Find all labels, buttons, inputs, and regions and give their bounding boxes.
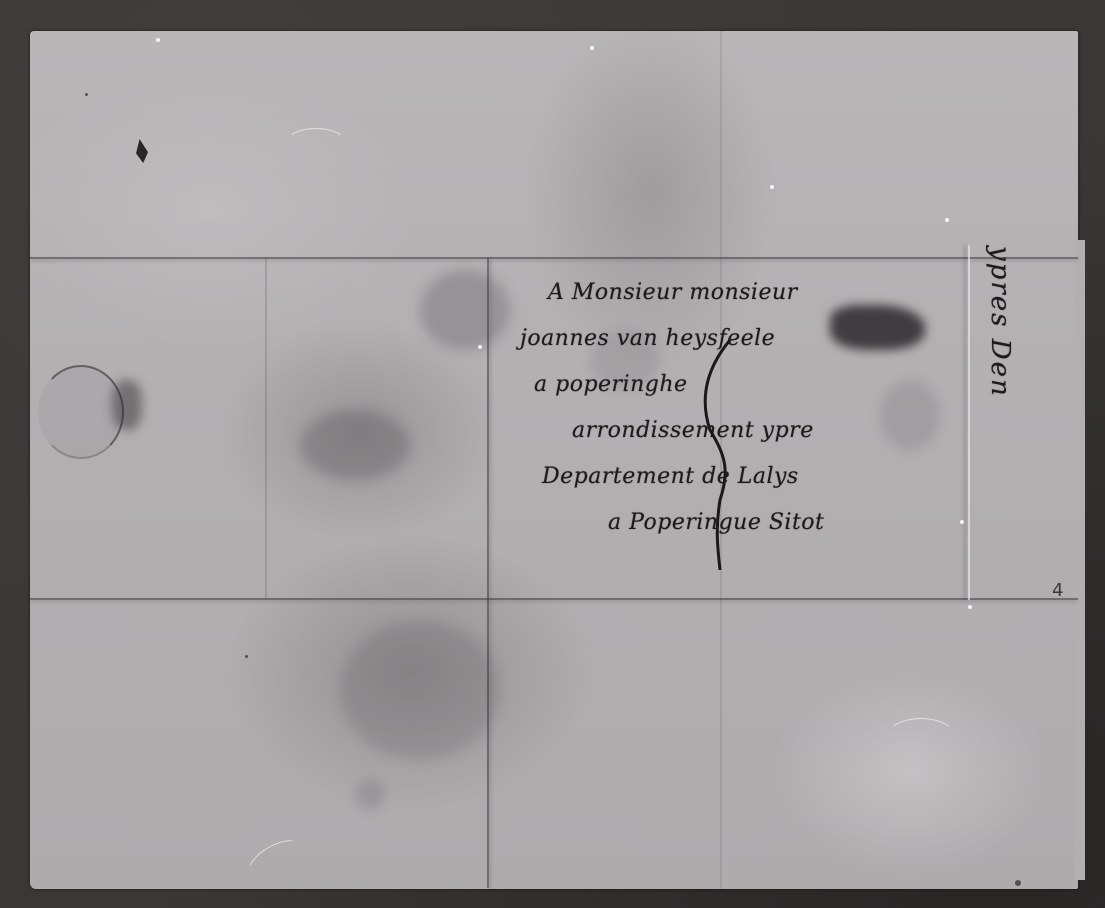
address-line: a poperinghe [520, 362, 960, 408]
fold-line [968, 245, 970, 600]
fold-line [30, 598, 1078, 600]
speck [960, 520, 964, 524]
speck [478, 345, 482, 349]
fold-line [487, 258, 489, 888]
stain [420, 270, 510, 350]
speck [770, 185, 774, 189]
seal-smudge [112, 380, 142, 430]
side-note: ypres Den [985, 246, 1015, 398]
fold-line [30, 257, 1078, 259]
speck [85, 93, 88, 96]
fold-line [265, 258, 267, 598]
address-line: A Monsieur monsieur [520, 270, 960, 316]
address-line: a Poperingue Sitot [520, 500, 960, 546]
speck [156, 38, 160, 42]
paper-fiber [285, 128, 347, 160]
paper-fiber [885, 718, 957, 760]
corner-number: 4 [1052, 580, 1063, 601]
address-line: Departement de Lalys [520, 454, 960, 500]
address-line: arrondissement ypre [520, 408, 960, 454]
ink-flourish-mark [700, 340, 740, 570]
speck [968, 605, 972, 609]
speck [245, 655, 248, 658]
speck [1015, 880, 1021, 886]
address-line: joannes van heysfeele [520, 316, 960, 362]
paper-edge-strip [1075, 240, 1085, 880]
speck [945, 218, 949, 222]
address-block: A Monsieur monsieur joannes van heysfeel… [520, 270, 960, 546]
speck [590, 46, 594, 50]
stain [300, 410, 410, 480]
stain [355, 780, 385, 810]
stain [340, 620, 500, 760]
